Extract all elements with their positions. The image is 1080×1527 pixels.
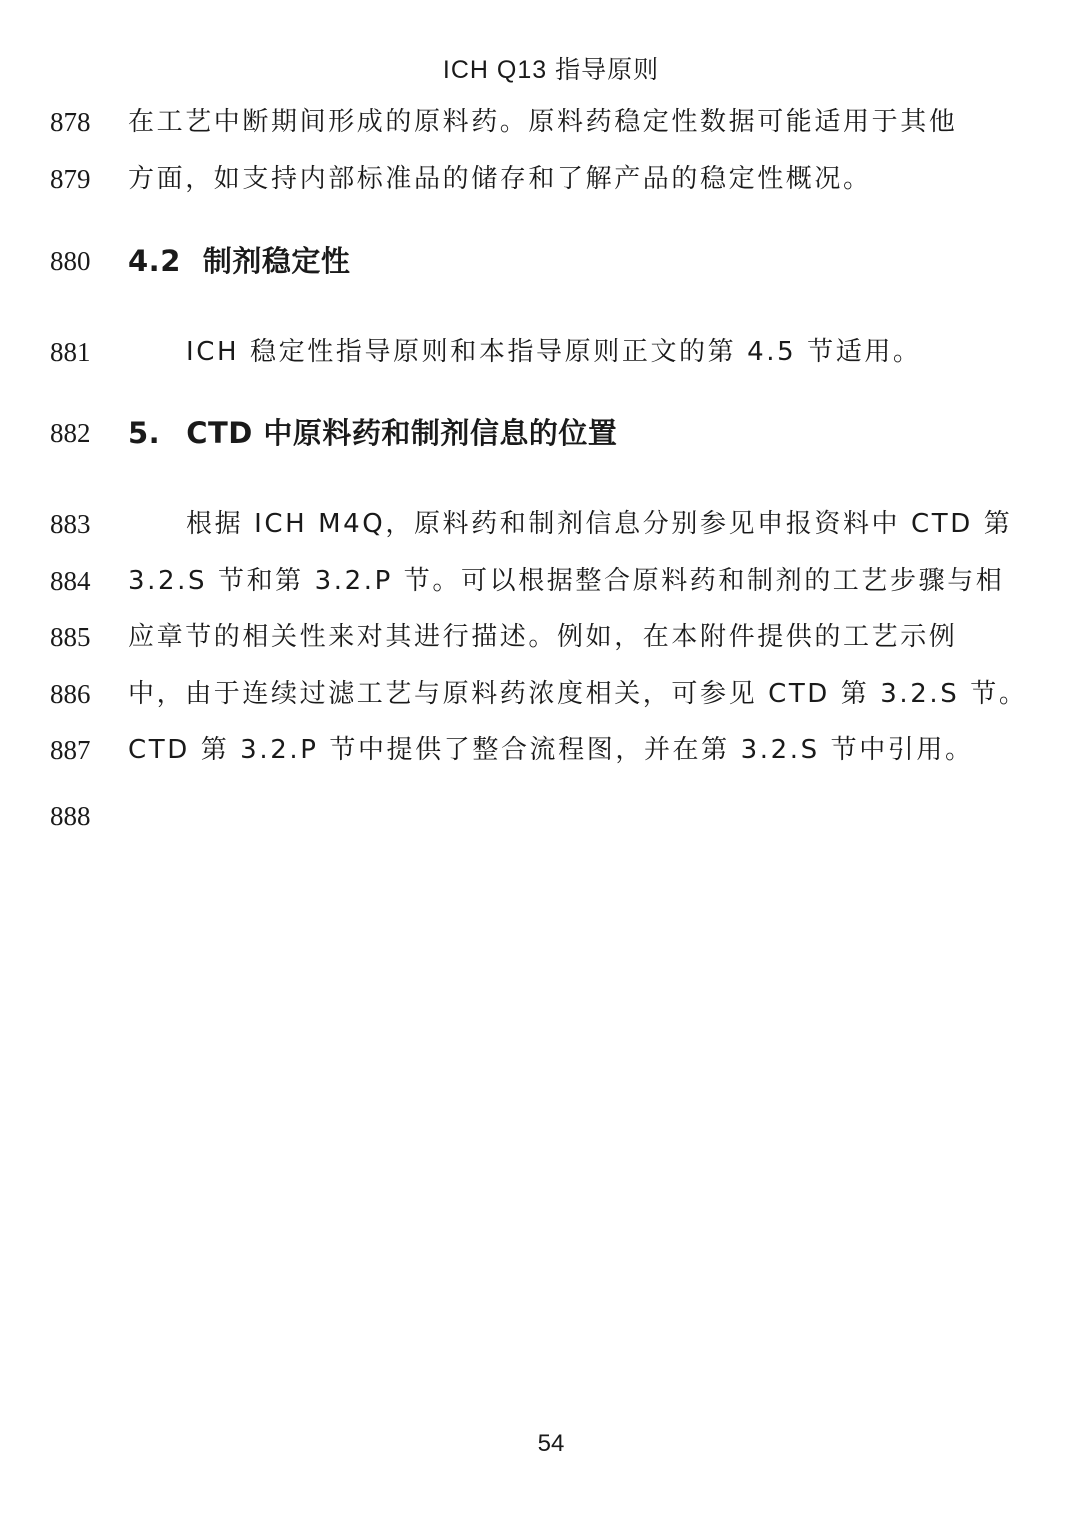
- section-number: 5.: [128, 413, 160, 453]
- line-number: 884: [50, 561, 91, 601]
- line-number: 883: [50, 504, 91, 544]
- line-number: 887: [50, 730, 91, 770]
- section-heading-line: 880 4.2制剂稳定性: [0, 241, 1080, 281]
- document-line: 885 应章节的相关性来对其进行描述。例如，在本附件提供的工艺示例: [0, 617, 1080, 657]
- line-number: 888: [50, 796, 91, 836]
- line-number: 882: [50, 413, 91, 453]
- line-text: 根据 ICH M4Q，原料药和制剂信息分别参见申报资料中 CTD 第: [186, 504, 1036, 544]
- section-heading: 5.CTD 中原料药和制剂信息的位置: [128, 413, 978, 453]
- document-line: 888: [0, 796, 1080, 836]
- section-title: CTD 中原料药和制剂信息的位置: [186, 416, 617, 450]
- line-text: CTD 第 3.2.P 节中提供了整合流程图，并在第 3.2.S 节中引用。: [128, 730, 978, 770]
- line-text: 方面，如支持内部标准品的储存和了解产品的稳定性概况。: [128, 159, 978, 199]
- section-heading: 4.2制剂稳定性: [128, 241, 978, 281]
- document-line: 879 方面，如支持内部标准品的储存和了解产品的稳定性概况。: [0, 159, 1080, 199]
- document-line: 883 根据 ICH M4Q，原料药和制剂信息分别参见申报资料中 CTD 第: [0, 504, 1080, 544]
- document-line: 881 ICH 稳定性指导原则和本指导原则正文的第 4.5 节适用。: [0, 332, 1080, 372]
- document-line: 878 在工艺中断期间形成的原料药。原料药稳定性数据可能适用于其他: [0, 102, 1080, 142]
- line-number: 879: [50, 159, 91, 199]
- line-number: 881: [50, 332, 91, 372]
- line-text: 应章节的相关性来对其进行描述。例如，在本附件提供的工艺示例: [128, 617, 978, 657]
- line-number: 880: [50, 241, 91, 281]
- line-text: 在工艺中断期间形成的原料药。原料药稳定性数据可能适用于其他: [128, 102, 978, 142]
- line-text: 中，由于连续过滤工艺与原料药浓度相关，可参见 CTD 第 3.2.S 节。: [128, 674, 978, 714]
- page-number: 54: [0, 1430, 1080, 1458]
- line-text: 3.2.S 节和第 3.2.P 节。可以根据整合原料药和制剂的工艺步骤与相: [128, 561, 978, 601]
- page-header-title: ICH Q13 指导原则: [0, 50, 1080, 86]
- line-number: 878: [50, 102, 91, 142]
- document-line: 887 CTD 第 3.2.P 节中提供了整合流程图，并在第 3.2.S 节中引…: [0, 730, 1080, 770]
- line-text: ICH 稳定性指导原则和本指导原则正文的第 4.5 节适用。: [186, 332, 1036, 372]
- line-number: 886: [50, 674, 91, 714]
- line-number: 885: [50, 617, 91, 657]
- section-number: 4.2: [128, 241, 181, 281]
- document-line: 884 3.2.S 节和第 3.2.P 节。可以根据整合原料药和制剂的工艺步骤与…: [0, 561, 1080, 601]
- document-line: 886 中，由于连续过滤工艺与原料药浓度相关，可参见 CTD 第 3.2.S 节…: [0, 674, 1080, 714]
- section-title: 制剂稳定性: [203, 244, 351, 278]
- section-heading-line: 882 5.CTD 中原料药和制剂信息的位置: [0, 413, 1080, 453]
